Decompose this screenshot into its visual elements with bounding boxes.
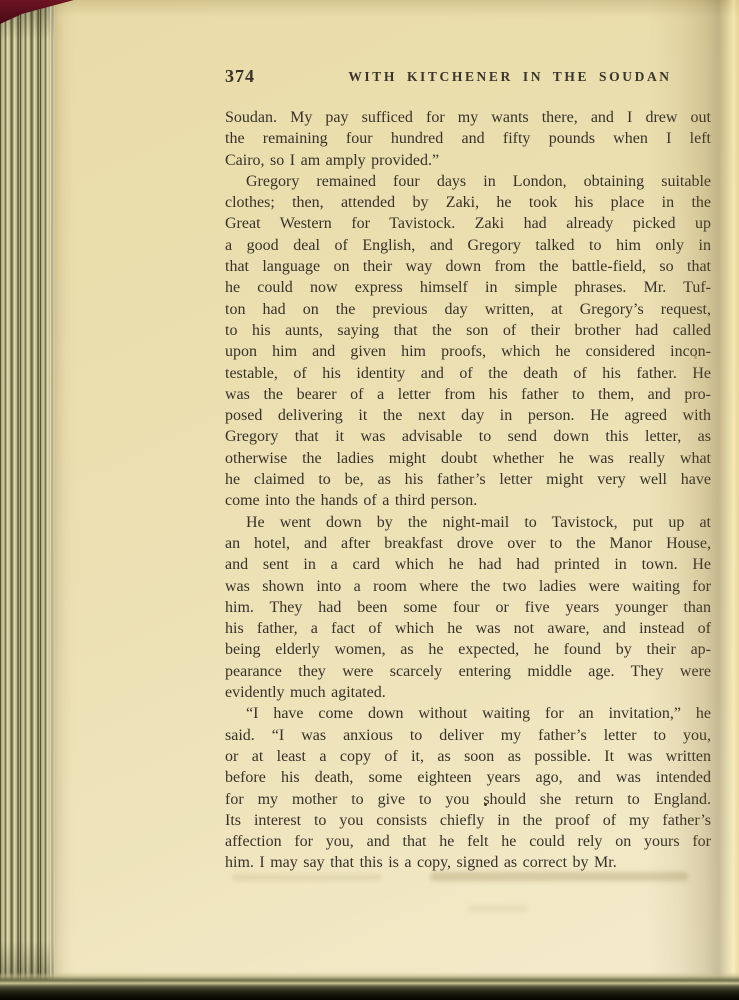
text-line: and sent in a card which he had had prin… <box>225 554 711 575</box>
text-line: him. They had been some four or five yea… <box>225 597 711 618</box>
scan-top-shading <box>48 0 739 18</box>
text-line: to his aunts, saying that the son of the… <box>225 320 711 341</box>
running-title: WITH KITCHENER IN THE SOUDAN <box>309 69 711 85</box>
book-page: 374 WITH KITCHENER IN THE SOUDAN Soudan.… <box>48 0 739 1000</box>
text-line: pearance they were scarcely entering mid… <box>225 661 711 682</box>
text-line: Great Western for Tavistock. Zaki had al… <box>225 213 711 234</box>
page-number: 374 <box>225 66 255 87</box>
text-line: He went down by the night-mail to Tavist… <box>225 512 711 533</box>
text-line: clothes; then, attended by Zaki, he took… <box>225 192 711 213</box>
text-line: upon him and given him proofs, which he … <box>225 341 711 362</box>
show-through-ghost-text <box>468 905 528 912</box>
text-line: him. I may say that this is a copy, sign… <box>225 852 711 873</box>
page-text: Soudan. My pay sufficed for my wants the… <box>225 107 711 874</box>
ink-speck <box>484 803 487 806</box>
text-line: come into the hands of a third person. <box>225 490 711 511</box>
page-header: 374 WITH KITCHENER IN THE SOUDAN <box>225 66 711 88</box>
text-line: “I have come down without waiting for an… <box>225 703 711 724</box>
text-line: Cairo, so I am amply provided.” <box>225 150 711 171</box>
text-line: being elderly women, as he expected, he … <box>225 639 711 660</box>
text-line: his father, a fact of which he was not a… <box>225 618 711 639</box>
text-line: otherwise the ladies might doubt whether… <box>225 448 711 469</box>
text-line: he claimed to be, as his father’s letter… <box>225 469 711 490</box>
text-line: before his death, some eighteen years ag… <box>225 767 711 788</box>
scanned-book-photo: 374 WITH KITCHENER IN THE SOUDAN Soudan.… <box>0 0 739 1000</box>
text-line: evidently much agitated. <box>225 682 711 703</box>
text-line: he could now express himself in simple p… <box>225 277 711 298</box>
text-line: was the bearer of a letter from his fath… <box>225 384 711 405</box>
text-line: testable, of his identity and of the dea… <box>225 363 711 384</box>
text-line: posed delivering it the next day in pers… <box>225 405 711 426</box>
text-line: Soudan. My pay sufficed for my wants the… <box>225 107 711 128</box>
show-through-ghost-text <box>430 872 688 881</box>
text-line: was shown into a room where the two ladi… <box>225 576 711 597</box>
text-line: or at least a copy of it, as soon as pos… <box>225 746 711 767</box>
page-edge-highlight <box>50 0 55 1000</box>
text-line: said. “I was anxious to deliver my fathe… <box>225 725 711 746</box>
text-line: a good deal of English, and Gregory talk… <box>225 235 711 256</box>
show-through-ghost-text <box>232 874 382 881</box>
ink-speck <box>694 356 697 359</box>
text-line: affection for you, and that he felt he c… <box>225 831 711 852</box>
page-edges-bottom <box>0 972 739 1000</box>
text-line: that language on their way down from the… <box>225 256 711 277</box>
text-line: Gregory that it was advisable to send do… <box>225 426 711 447</box>
text-line: the remaining four hundred and fifty pou… <box>225 128 711 149</box>
text-line: Gregory remained four days in London, ob… <box>225 171 711 192</box>
page-edges-left <box>0 0 54 1000</box>
text-line: for my mother to give to you should she … <box>225 789 711 810</box>
text-line: Its interest to you consists chiefly in … <box>225 810 711 831</box>
text-line: an hotel, and after breakfast drove over… <box>225 533 711 554</box>
text-line: ton had on the previous day written, at … <box>225 299 711 320</box>
